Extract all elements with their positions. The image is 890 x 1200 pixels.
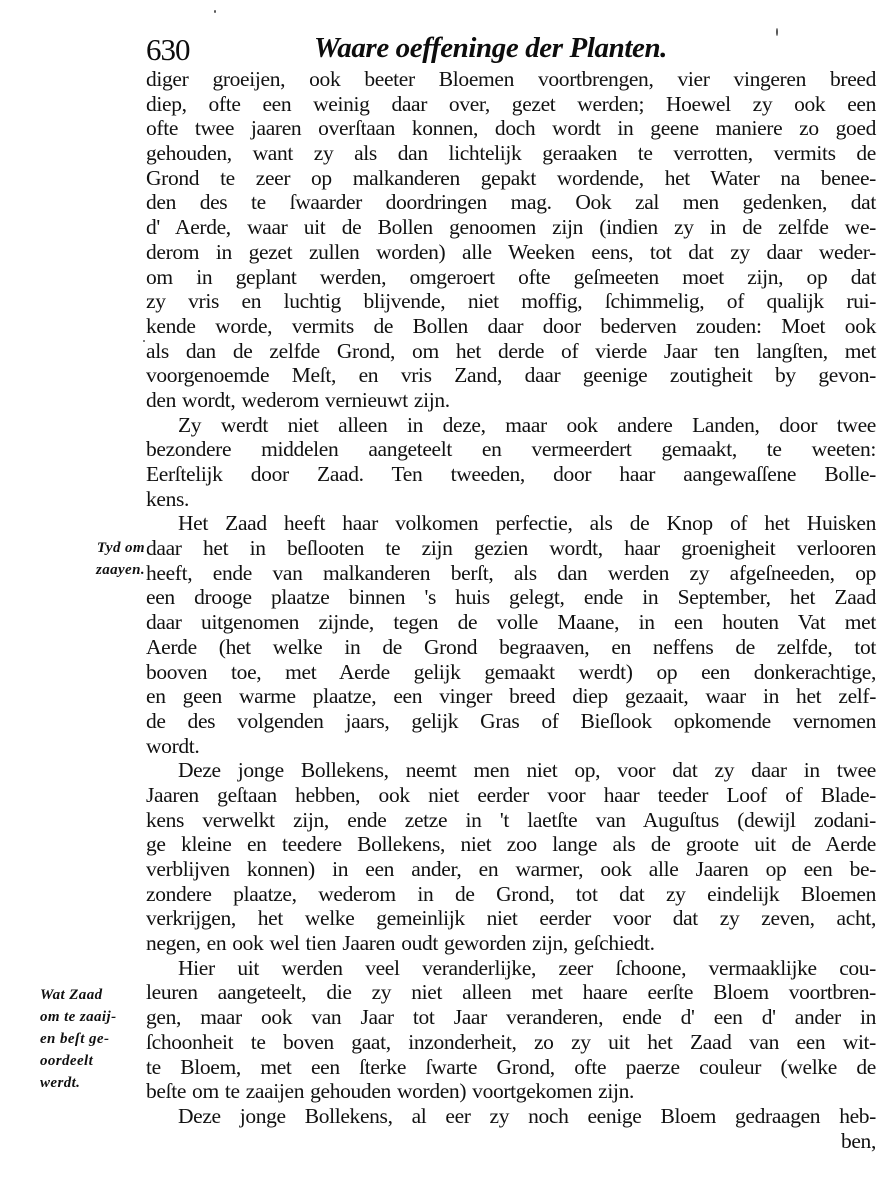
paper-speck bbox=[143, 340, 145, 342]
text-line: Aerde (het welke in de Grond begraaven, … bbox=[146, 635, 876, 660]
text-line: booven toe, met Aerde gelijk gemaakt wer… bbox=[146, 660, 876, 685]
text-line: ge kleine en teedere Bollekens, niet zoo… bbox=[146, 832, 876, 857]
text-line: kende worde, vermits de Bollen daar door… bbox=[146, 314, 876, 339]
text-line: zy vris en luchtig blijvende, niet moffi… bbox=[146, 289, 876, 314]
text-line: zondere plaatze, wederom in de Grond, to… bbox=[146, 882, 876, 907]
text-line: leuren aangeteelt, die zy niet alleen me… bbox=[146, 980, 876, 1005]
running-title: Waare oeffeninge der Planten. bbox=[314, 32, 667, 65]
text-line: Eerſtelijk door Zaad. Ten tweeden, door … bbox=[146, 462, 876, 487]
margin-note-line: werdt. bbox=[40, 1072, 150, 1094]
paragraph-start-line: Het Zaad heeft haar volkomen perfectie, … bbox=[146, 511, 876, 536]
text-line: d' Aerde, waar uit de Bollen genoomen zi… bbox=[146, 215, 876, 240]
margin-note-sowing-time: Tyd om zaayen. bbox=[40, 537, 145, 581]
paper-speck bbox=[776, 28, 778, 36]
text-line: daar uitgenomen zijnde, tegen de volle M… bbox=[146, 610, 876, 635]
text-line: den des te ſwaarder doordringen mag. Ook… bbox=[146, 190, 876, 215]
text-line: bezondere middelen aangeteelt en vermeer… bbox=[146, 437, 876, 462]
text-line: verblijven konnen) in een ander, en warm… bbox=[146, 857, 876, 882]
margin-note-line: zaayen. bbox=[40, 559, 145, 581]
page-header: 630 Waare oeffeninge der Planten. bbox=[146, 28, 846, 72]
text-line: ſchoonheit te boven gaat, inzonderheit, … bbox=[146, 1030, 876, 1055]
text-line: een drooge plaatze binnen 's huis gelegt… bbox=[146, 585, 876, 610]
text-line: daar het in beſlooten te zijn gezien wor… bbox=[146, 536, 876, 561]
text-line: kens verwelkt zijn, ende zetze in 't lae… bbox=[146, 808, 876, 833]
text-line: diep, ofte een weinig daar over, gezet w… bbox=[146, 92, 876, 117]
margin-note-line: Tyd om bbox=[40, 537, 145, 559]
text-line: verkrijgen, het welke gemeinlijk niet ee… bbox=[146, 906, 876, 931]
paper-speck bbox=[214, 10, 216, 13]
text-line: de des volgenden jaars, gelijk Gras of B… bbox=[146, 709, 876, 734]
text-line: negen, en ook wel tien Jaaren oudt gewor… bbox=[146, 931, 876, 956]
page-number: 630 bbox=[146, 32, 190, 68]
book-page: 630 Waare oeffeninge der Planten. Tyd om… bbox=[0, 0, 890, 1200]
text-line: en geen warme plaatze, een vinger breed … bbox=[146, 684, 876, 709]
text-line: kens. bbox=[146, 487, 876, 512]
paper-speck bbox=[150, 940, 152, 942]
margin-note-line: en beſt ge- bbox=[40, 1028, 150, 1050]
text-line: Grond te zeer op malkanderen gepakt word… bbox=[146, 166, 876, 191]
paragraph-start-line: Zy werdt niet alleen in deze, maar ook a… bbox=[146, 413, 876, 438]
margin-note-line: om te zaaij- bbox=[40, 1006, 150, 1028]
text-line: te Bloem, met een ſterke ſwarte Grond, o… bbox=[146, 1055, 876, 1080]
text-line: Jaaren geſtaan hebben, ook niet eerder v… bbox=[146, 783, 876, 808]
paragraph-start-line: Hier uit werden veel veranderlijke, zeer… bbox=[146, 956, 876, 981]
text-line: ofte twee jaaren overſtaan konnen, doch … bbox=[146, 116, 876, 141]
margin-note-best-seed: Wat Zaad om te zaaij- en beſt ge- oordee… bbox=[40, 984, 150, 1094]
text-line: beſte om te zaaijen gehouden worden) voo… bbox=[146, 1079, 876, 1104]
text-line: als dan de zelfde Grond, om het derde of… bbox=[146, 339, 876, 364]
text-line: gen, maar ook van Jaar tot Jaar verander… bbox=[146, 1005, 876, 1030]
text-line: den wordt, wederom vernieuwt zijn. bbox=[146, 388, 876, 413]
text-line: om in geplant werden, omgeroert ofte geſ… bbox=[146, 265, 876, 290]
text-line: gehouden, want zy als dan lichtelijk ger… bbox=[146, 141, 876, 166]
paragraph-start-line: Deze jonge Bollekens, neemt men niet op,… bbox=[146, 758, 876, 783]
body-text: diger groeijen, ook beeter Bloemen voort… bbox=[146, 67, 876, 1153]
text-line: heeft, ende van malkanderen berſt, als d… bbox=[146, 561, 876, 586]
text-line: diger groeijen, ook beeter Bloemen voort… bbox=[146, 67, 876, 92]
margin-note-line: Wat Zaad bbox=[40, 984, 150, 1006]
paragraph-start-line: Deze jonge Bollekens, al eer zy noch een… bbox=[146, 1104, 876, 1129]
text-line: derom in gezet zullen worden) alle Weeke… bbox=[146, 240, 876, 265]
margin-note-line: oordeelt bbox=[40, 1050, 150, 1072]
text-line: wordt. bbox=[146, 734, 876, 759]
catchword: ben, bbox=[146, 1129, 876, 1154]
text-line: voorgenoemde Meſt, en vris Zand, daar ge… bbox=[146, 363, 876, 388]
